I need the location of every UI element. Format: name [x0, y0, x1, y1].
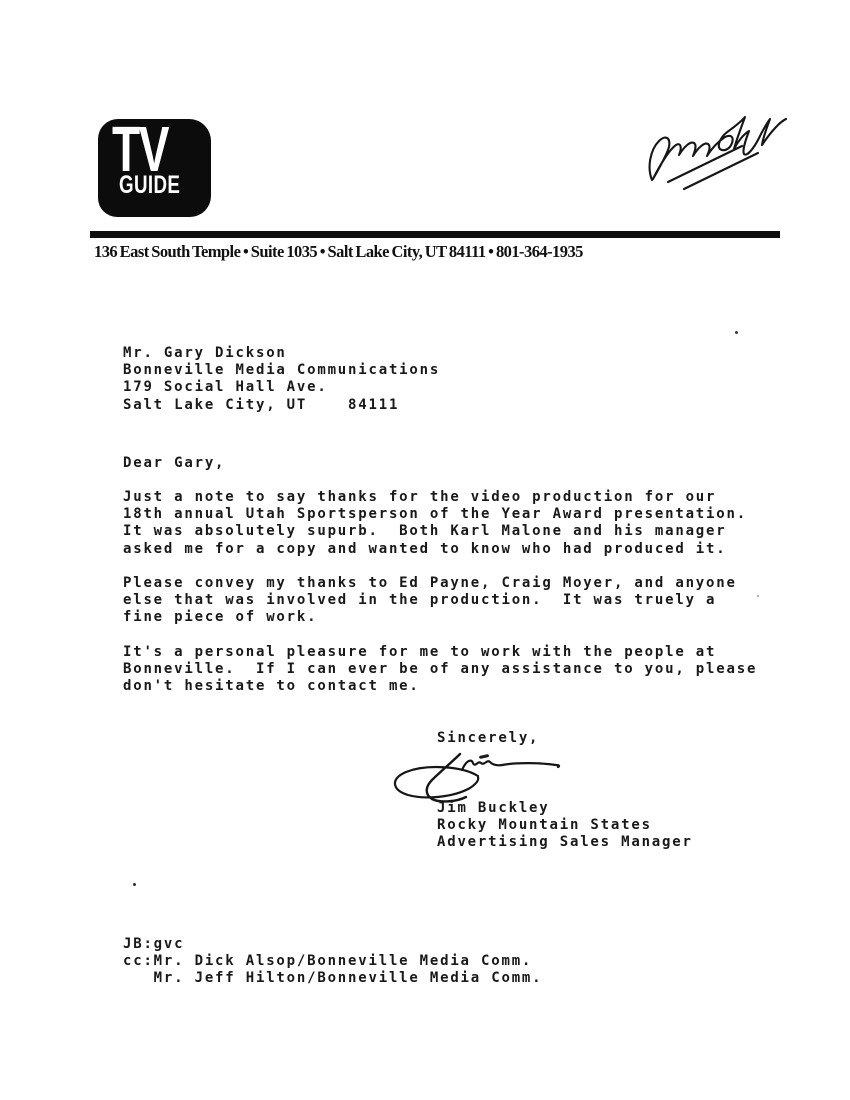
paragraph-2: Please convey my thanks to Ed Payne, Cra… — [123, 575, 737, 627]
salutation: Dear Gary, — [123, 455, 225, 472]
recipient-address: Mr. Gary Dickson Bonneville Media Commun… — [123, 345, 440, 414]
logo-text-guide: GUIDE — [119, 173, 180, 198]
reference-and-cc-block: JB:gvc cc:Mr. Dick Alsop/Bonneville Medi… — [123, 936, 542, 988]
handwritten-monday-note — [640, 100, 798, 198]
signature-scrawl — [392, 750, 564, 804]
letterhead-rule — [90, 231, 780, 238]
scan-speck — [735, 331, 738, 334]
signature-block: Jim Buckley Rocky Mountain States Advert… — [437, 800, 693, 852]
paragraph-1: Just a note to say thanks for the video … — [123, 489, 747, 558]
tv-guide-logo: TV GUIDE — [98, 119, 211, 217]
closing: Sincerely, — [437, 730, 539, 747]
paragraph-3: It's a personal pleasure for me to work … — [123, 644, 757, 696]
scan-speck — [757, 595, 759, 597]
letter-page: TV GUIDE 136 East South Temple • Suite 1… — [0, 0, 850, 1100]
letterhead-address-line: 136 East South Temple • Suite 1035 • Sal… — [94, 242, 583, 262]
scan-speck — [133, 883, 136, 886]
